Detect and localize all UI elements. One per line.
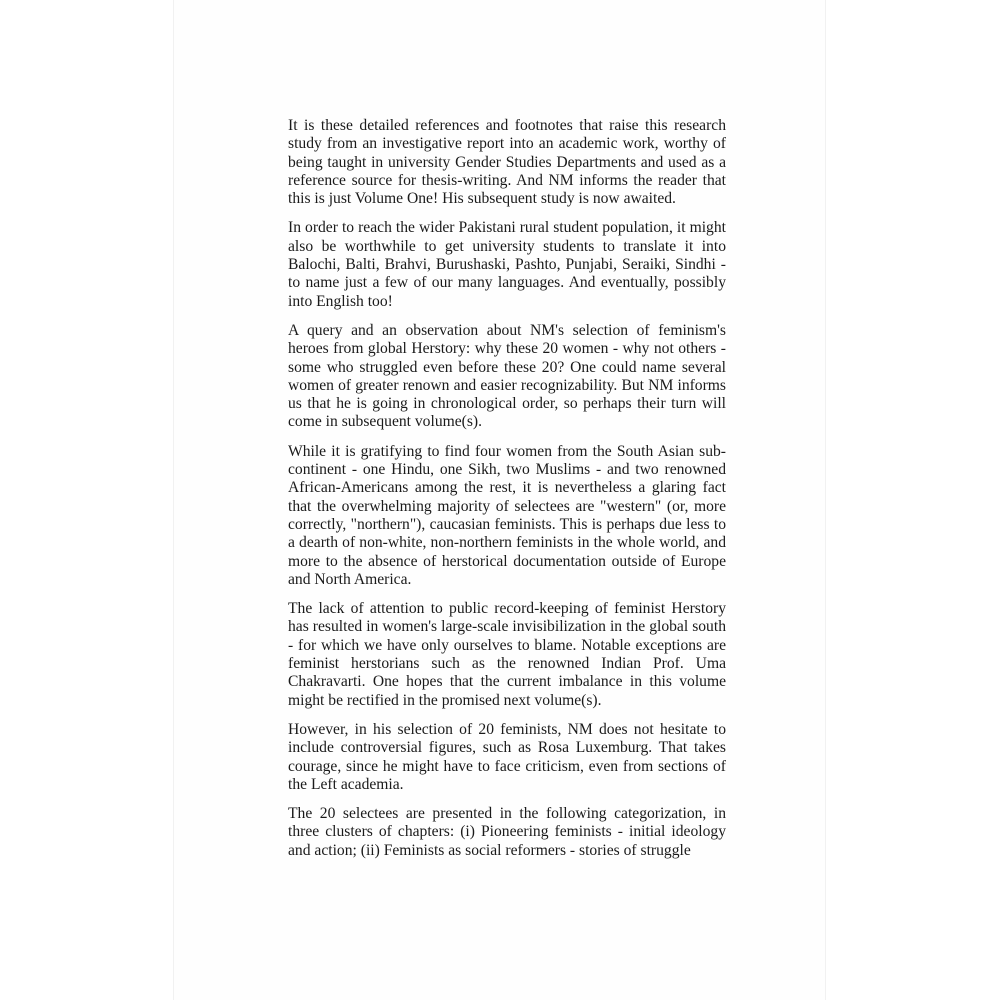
paragraph-categorization: The 20 selectees are presented in the fo… bbox=[288, 805, 726, 860]
paragraph-record-keeping: The lack of attention to public record-k… bbox=[288, 600, 726, 710]
document-page: It is these detailed references and foot… bbox=[173, 0, 826, 1000]
paragraph-controversial-figures: However, in his selection of 20 feminist… bbox=[288, 721, 726, 794]
paragraph-south-asian-representation: While it is gratifying to find four wome… bbox=[288, 443, 726, 589]
paragraph-references: It is these detailed references and foot… bbox=[288, 117, 726, 208]
paragraph-translation: In order to reach the wider Pakistani ru… bbox=[288, 219, 726, 310]
text-column: It is these detailed references and foot… bbox=[288, 117, 726, 860]
viewer-canvas: It is these detailed references and foot… bbox=[0, 0, 1000, 1000]
paragraph-selection-query: A query and an observation about NM's se… bbox=[288, 322, 726, 432]
